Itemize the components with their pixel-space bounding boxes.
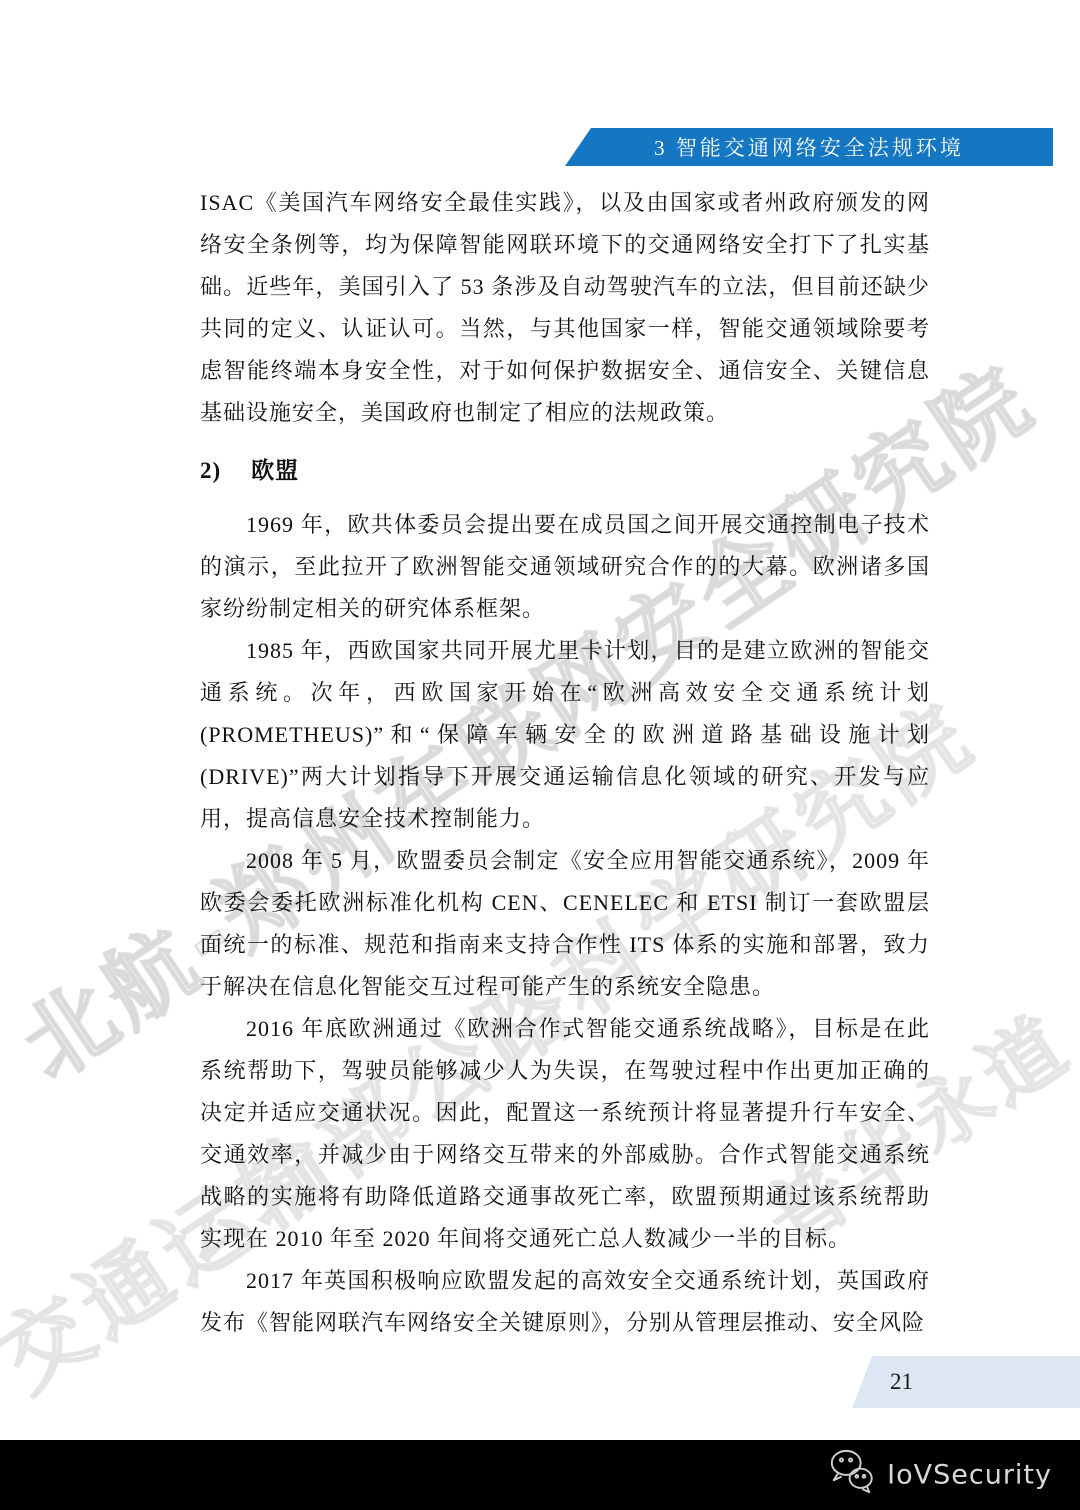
section-header-label: 3 智能交通网络安全法规环境 <box>654 132 964 162</box>
paragraph-2017: 2017 年英国积极响应欧盟发起的高效安全交通系统计划，英国政府发布《智能网联汽… <box>200 1260 930 1344</box>
page-number: 21 <box>890 1356 913 1408</box>
paragraph-us-regulations: ISAC《美国汽车网络安全最佳实践》，以及由国家或者州政府颁发的网络安全条例等，… <box>200 182 930 434</box>
wechat-icon <box>827 1448 877 1503</box>
section-heading-number: 2) <box>200 458 221 483</box>
brand-logo: IoVSecurity <box>827 1448 1052 1503</box>
section-heading-title: 欧盟 <box>251 458 299 483</box>
brand-name: IoVSecurity <box>887 1460 1052 1491</box>
paragraph-2008: 2008 年 5 月，欧盟委员会制定《安全应用智能交通系统》，2009 年欧委会… <box>200 840 930 1008</box>
section-header-bar: 3 智能交通网络安全法规环境 <box>565 128 1053 166</box>
page-number-box: 21 <box>852 1356 1080 1408</box>
paragraph-1969: 1969 年，欧共体委员会提出要在成员国之间开展交通控制电子技术的演示，至此拉开… <box>200 504 930 630</box>
footer-bar: IoVSecurity <box>0 1440 1080 1510</box>
section-heading-eu: 2)欧盟 <box>200 450 930 492</box>
body-text: ISAC《美国汽车网络安全最佳实践》，以及由国家或者州政府颁发的网络安全条例等，… <box>200 182 930 1344</box>
paragraph-1985: 1985 年，西欧国家共同开展尤里卡计划，目的是建立欧洲的智能交通系统。次年，西… <box>200 630 930 840</box>
paragraph-2016: 2016 年底欧洲通过《欧洲合作式智能交通系统战略》，目标是在此系统帮助下，驾驶… <box>200 1008 930 1260</box>
document-page: 北航-郑州车联网安全研究院 交通运输部公路科学研究院 普华永道 3 智能交通网络… <box>0 0 1080 1510</box>
